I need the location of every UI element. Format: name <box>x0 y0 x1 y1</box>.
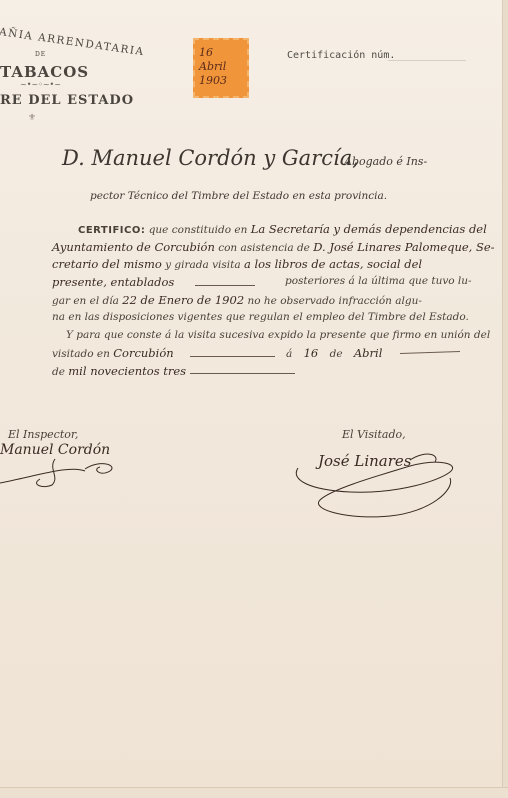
inspector-name: D. Manuel Cordón y García, <box>62 146 359 170</box>
page-edge <box>502 0 508 798</box>
letterhead-ornament: ~•~◦~•~ <box>20 80 61 89</box>
certifico-label: CERTIFICO: <box>78 225 145 236</box>
body-line-5: gar en el día 22 de Enero de 1902 no he … <box>52 293 422 307</box>
printed-text: que constituido en <box>149 224 248 236</box>
fill-line <box>190 356 275 357</box>
certification-number-label: Certificación núm. <box>287 50 395 61</box>
body-line-7: Y para que conste á la visita sucesiva e… <box>66 329 490 341</box>
handwritten-attendee: D. José Linares Palomeque, Se- <box>313 240 494 254</box>
printed-text: de <box>52 366 65 378</box>
document-page: AÑIA ARRENDATARIA DE TABACOS ~•~◦~•~ RE … <box>0 0 503 790</box>
stamp-cancellation: 16 Abril 1903 <box>199 46 227 88</box>
handwritten-last-visit-date: 22 de Enero de 1902 <box>122 293 244 307</box>
fill-line <box>195 285 255 286</box>
visitado-label: El Visitado, <box>342 428 406 441</box>
letterhead-de: DE <box>35 51 46 58</box>
printed-text: y girada visita <box>165 259 240 271</box>
handwritten-month: Abril <box>354 346 383 360</box>
inspector-title-part1: Abogado é Ins- <box>344 155 427 168</box>
handwritten-role: cretario del mismo <box>52 257 162 271</box>
handwritten-ayuntamiento: Ayuntamiento de Corcubión <box>52 240 215 254</box>
body-line-8: visitado en Corcubión <box>52 346 174 360</box>
revenue-stamp: 16 Abril 1903 <box>193 38 249 98</box>
body-line-4: presente, entablados <box>52 275 174 289</box>
letterhead-tabacos: TABACOS <box>0 63 89 81</box>
body-line-9: de mil novecientos tres <box>52 364 186 378</box>
body-line-3: cretario del mismo y girada visita a los… <box>52 257 422 271</box>
fill-line <box>190 373 295 374</box>
printed-text: de <box>330 348 343 360</box>
body-line-2: Ayuntamiento de Corcubión con asistencia… <box>52 240 495 254</box>
page-bottom-edge <box>0 787 508 798</box>
printed-text: visitado en <box>52 348 110 360</box>
printed-text: gar en el día <box>52 295 119 307</box>
body-line-8b: á 16 de Abril <box>286 346 382 360</box>
letterhead-company: AÑIA ARRENDATARIA <box>0 26 145 58</box>
crest-icon: ⚜ <box>28 113 36 123</box>
printed-text: posteriores á la última que tuvo lu- <box>285 275 472 287</box>
handwritten-period: presente, entablados <box>52 275 174 289</box>
printed-text: con asistencia de <box>218 242 310 254</box>
body-line-6: na en las disposiciones vigentes que reg… <box>52 311 469 323</box>
certification-number-line <box>388 60 466 61</box>
handwritten-place-signed: Corcubión <box>113 346 173 360</box>
handwritten-place: La Secretaría y demás dependencias del <box>251 222 487 236</box>
visitado-flourish-icon <box>290 450 460 530</box>
letterhead-timbre: RE DEL ESTADO <box>0 93 134 108</box>
printed-text: no he observado infracción algu- <box>247 295 421 307</box>
handwritten-day: 16 <box>304 346 319 360</box>
inspector-label: El Inspector, <box>8 428 78 441</box>
body-line-1: CERTIFICO: que constituido en La Secreta… <box>78 222 487 236</box>
inspector-title-part2: pector Técnico del Timbre del Estado en … <box>90 190 387 202</box>
printed-text: á <box>286 348 292 360</box>
fill-line <box>400 351 460 354</box>
handwritten-books: a los libros de actas, social del <box>244 257 422 271</box>
inspector-flourish-icon <box>0 455 120 490</box>
handwritten-year: mil novecientos tres <box>68 364 186 378</box>
